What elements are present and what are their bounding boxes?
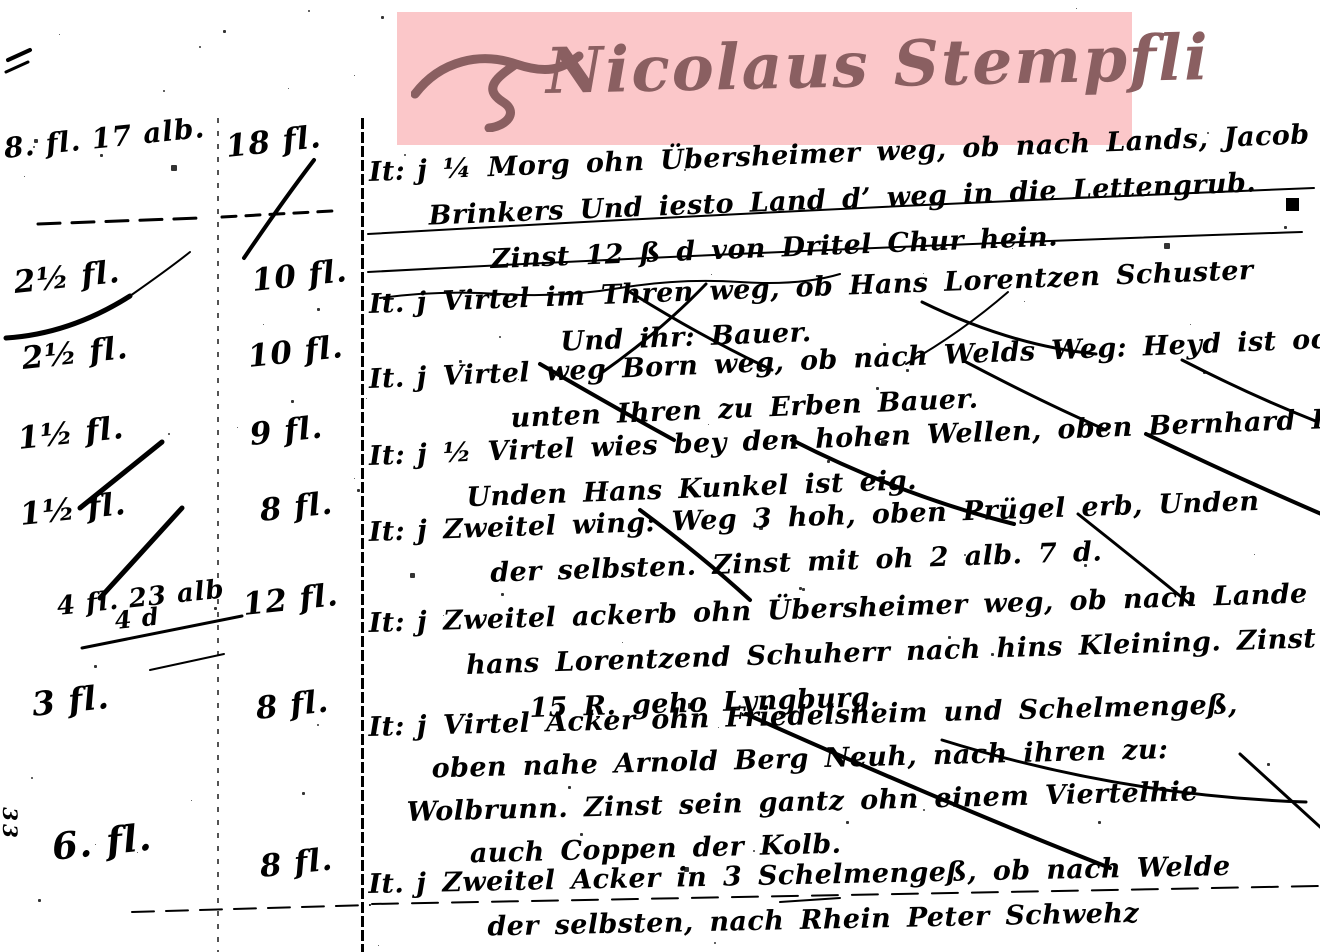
scan-speck	[302, 792, 305, 795]
scan-speck	[38, 899, 41, 902]
entry-old-amount: 1½ fl.	[18, 486, 128, 533]
scan-speck	[94, 665, 97, 668]
entry-old-amount: 2½ fl.	[12, 254, 122, 301]
entry-old-amount: 3 fl.	[30, 677, 111, 724]
entry-new-amount: 18 fl.	[224, 119, 323, 165]
entry-old-amount: 6. fl.	[50, 815, 154, 869]
entry-quantity: j	[416, 710, 427, 741]
entry-item-mark: It:	[368, 711, 405, 743]
entry-quantity: j	[416, 362, 427, 393]
scan-speck	[288, 88, 289, 89]
entry-new-amount: 8 fl.	[258, 485, 335, 528]
entry-old-amount: 8. fl. 17 alb.	[2, 111, 206, 165]
entry-item-mark: It.	[368, 288, 405, 320]
entry-old-amount: 4 fl. 23 alb4 d	[55, 575, 228, 641]
entry-item-mark: It:	[368, 516, 405, 548]
calligraphic-flourish-icon	[411, 42, 586, 132]
entry-old-amount-2: 4 d	[113, 594, 228, 635]
scan-speck	[59, 34, 60, 35]
entry-item-mark: It:	[368, 440, 405, 472]
scan-speck	[24, 176, 25, 177]
entry-old-amount: 1½ fl.	[16, 410, 126, 457]
scan-speck	[357, 489, 360, 492]
scan-speck	[317, 724, 319, 726]
entry-item-mark: It:	[368, 607, 405, 639]
entry-new-amount: 10 fl.	[246, 329, 345, 375]
scan-speck	[354, 478, 355, 479]
entry-new-amount: 9 fl.	[248, 409, 325, 452]
scan-speck	[191, 800, 192, 801]
column-divider-left	[217, 118, 219, 952]
entry-text: It.jZweitel Acker in 3 Schelmengeß, ob n…	[368, 842, 1320, 952]
scan-speck	[263, 324, 264, 325]
scan-speck	[237, 427, 238, 428]
scan-speck	[308, 10, 310, 12]
entry-quantity: j ¼	[417, 153, 473, 186]
entry-quantity: j	[416, 515, 427, 546]
entry-item-mark: It.	[368, 868, 404, 900]
scanned-register-page: 33 Nicolaus Stempfli 8. fl. 17 alb.18 fl…	[0, 0, 1320, 952]
page-title: Nicolaus Stempfli	[545, 20, 1211, 108]
scan-speck	[317, 308, 320, 311]
entry-new-amount: 12 fl.	[241, 577, 340, 623]
scan-speck	[163, 90, 165, 92]
scan-speck	[31, 777, 33, 779]
entry-new-amount: 10 fl.	[250, 253, 349, 299]
entry-quantity: j	[416, 868, 427, 899]
column-divider-right	[361, 118, 364, 952]
scan-speck	[171, 165, 177, 171]
scan-speck	[381, 16, 384, 19]
scan-speck	[199, 46, 201, 48]
entry-quantity: j	[416, 287, 427, 318]
entry-quantity: j	[416, 606, 427, 637]
scan-speck	[223, 30, 226, 33]
entry-old-amount: 2½ fl.	[20, 330, 130, 377]
entry-item-mark: It:	[368, 156, 405, 188]
entry-item-mark: It.	[368, 362, 405, 394]
scan-speck	[1076, 8, 1077, 9]
entry-new-amount: 8 fl.	[254, 683, 331, 726]
scan-speck	[168, 433, 170, 435]
folio-number: 33	[0, 807, 22, 841]
scan-speck	[354, 75, 355, 76]
scan-speck	[291, 400, 294, 403]
scan-speck	[366, 398, 367, 399]
entry-quantity: j ½	[417, 437, 473, 470]
entry-new-amount: 8 fl.	[258, 841, 335, 884]
